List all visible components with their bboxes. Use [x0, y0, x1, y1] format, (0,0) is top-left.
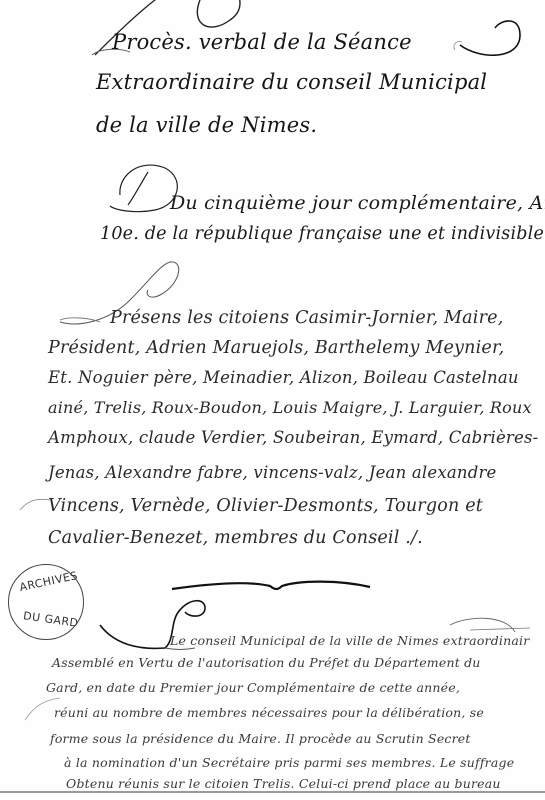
proceedings-line-3: Gard, en date du Premier jour Complément…: [46, 680, 460, 695]
manuscript-page: Procès. verbal de la Séance Extraordinai…: [0, 0, 545, 791]
date-line-1: Du cinquième jour complémentaire, An: [170, 192, 545, 214]
title-line-2: Extraordinaire du conseil Municipal: [96, 70, 487, 94]
attendance-line-6: Jenas, Alexandre fabre, vincens-valz, Je…: [48, 463, 497, 482]
proceedings-line-7: Obtenu réunis sur le citoien Trelis. Cel…: [66, 776, 501, 791]
proceedings-line-4: réuni au nombre de membres nécessaires p…: [54, 705, 484, 720]
archives-du-gard-stamp: ARCHIVES DU GARD: [8, 564, 84, 640]
attendance-line-5: Amphoux, claude Verdier, Soubeiran, Eyma…: [48, 428, 538, 447]
scan-margin: [0, 793, 545, 800]
proceedings-line-5: forme sous la présidence du Maire. Il pr…: [50, 731, 471, 746]
proceedings-line-6: à la nomination d'un Secrétaire pris par…: [64, 755, 514, 770]
attendance-line-3: Et. Noguier père, Meinadier, Alizon, Boi…: [48, 368, 519, 387]
stamp-bottom-text: DU GARD: [22, 609, 79, 630]
title-line-3: de la ville de Nimes.: [96, 113, 317, 137]
stamp-top-text: ARCHIVES: [18, 569, 79, 594]
date-line-2: 10e. de la république française une et i…: [100, 224, 544, 244]
title-line-1: Procès. verbal de la Séance: [112, 30, 412, 54]
attendance-line-8: Cavalier-Benezet, membres du Conseil ./.: [48, 528, 423, 548]
attendance-line-7: Vincens, Vernède, Olivier-Desmonts, Tour…: [48, 496, 483, 516]
attendance-line-2: Président, Adrien Maruejols, Barthelemy …: [48, 338, 504, 358]
proceedings-line-2: Assemblé en Vertu de l'autorisation du P…: [52, 655, 481, 670]
attendance-line-1: Présens les citoiens Casimir-Jornier, Ma…: [110, 308, 504, 328]
attendance-line-4: ainé, Trelis, Roux-Boudon, Louis Maigre,…: [48, 398, 532, 417]
proceedings-line-1: Le conseil Municipal de la ville de Nime…: [170, 633, 529, 648]
